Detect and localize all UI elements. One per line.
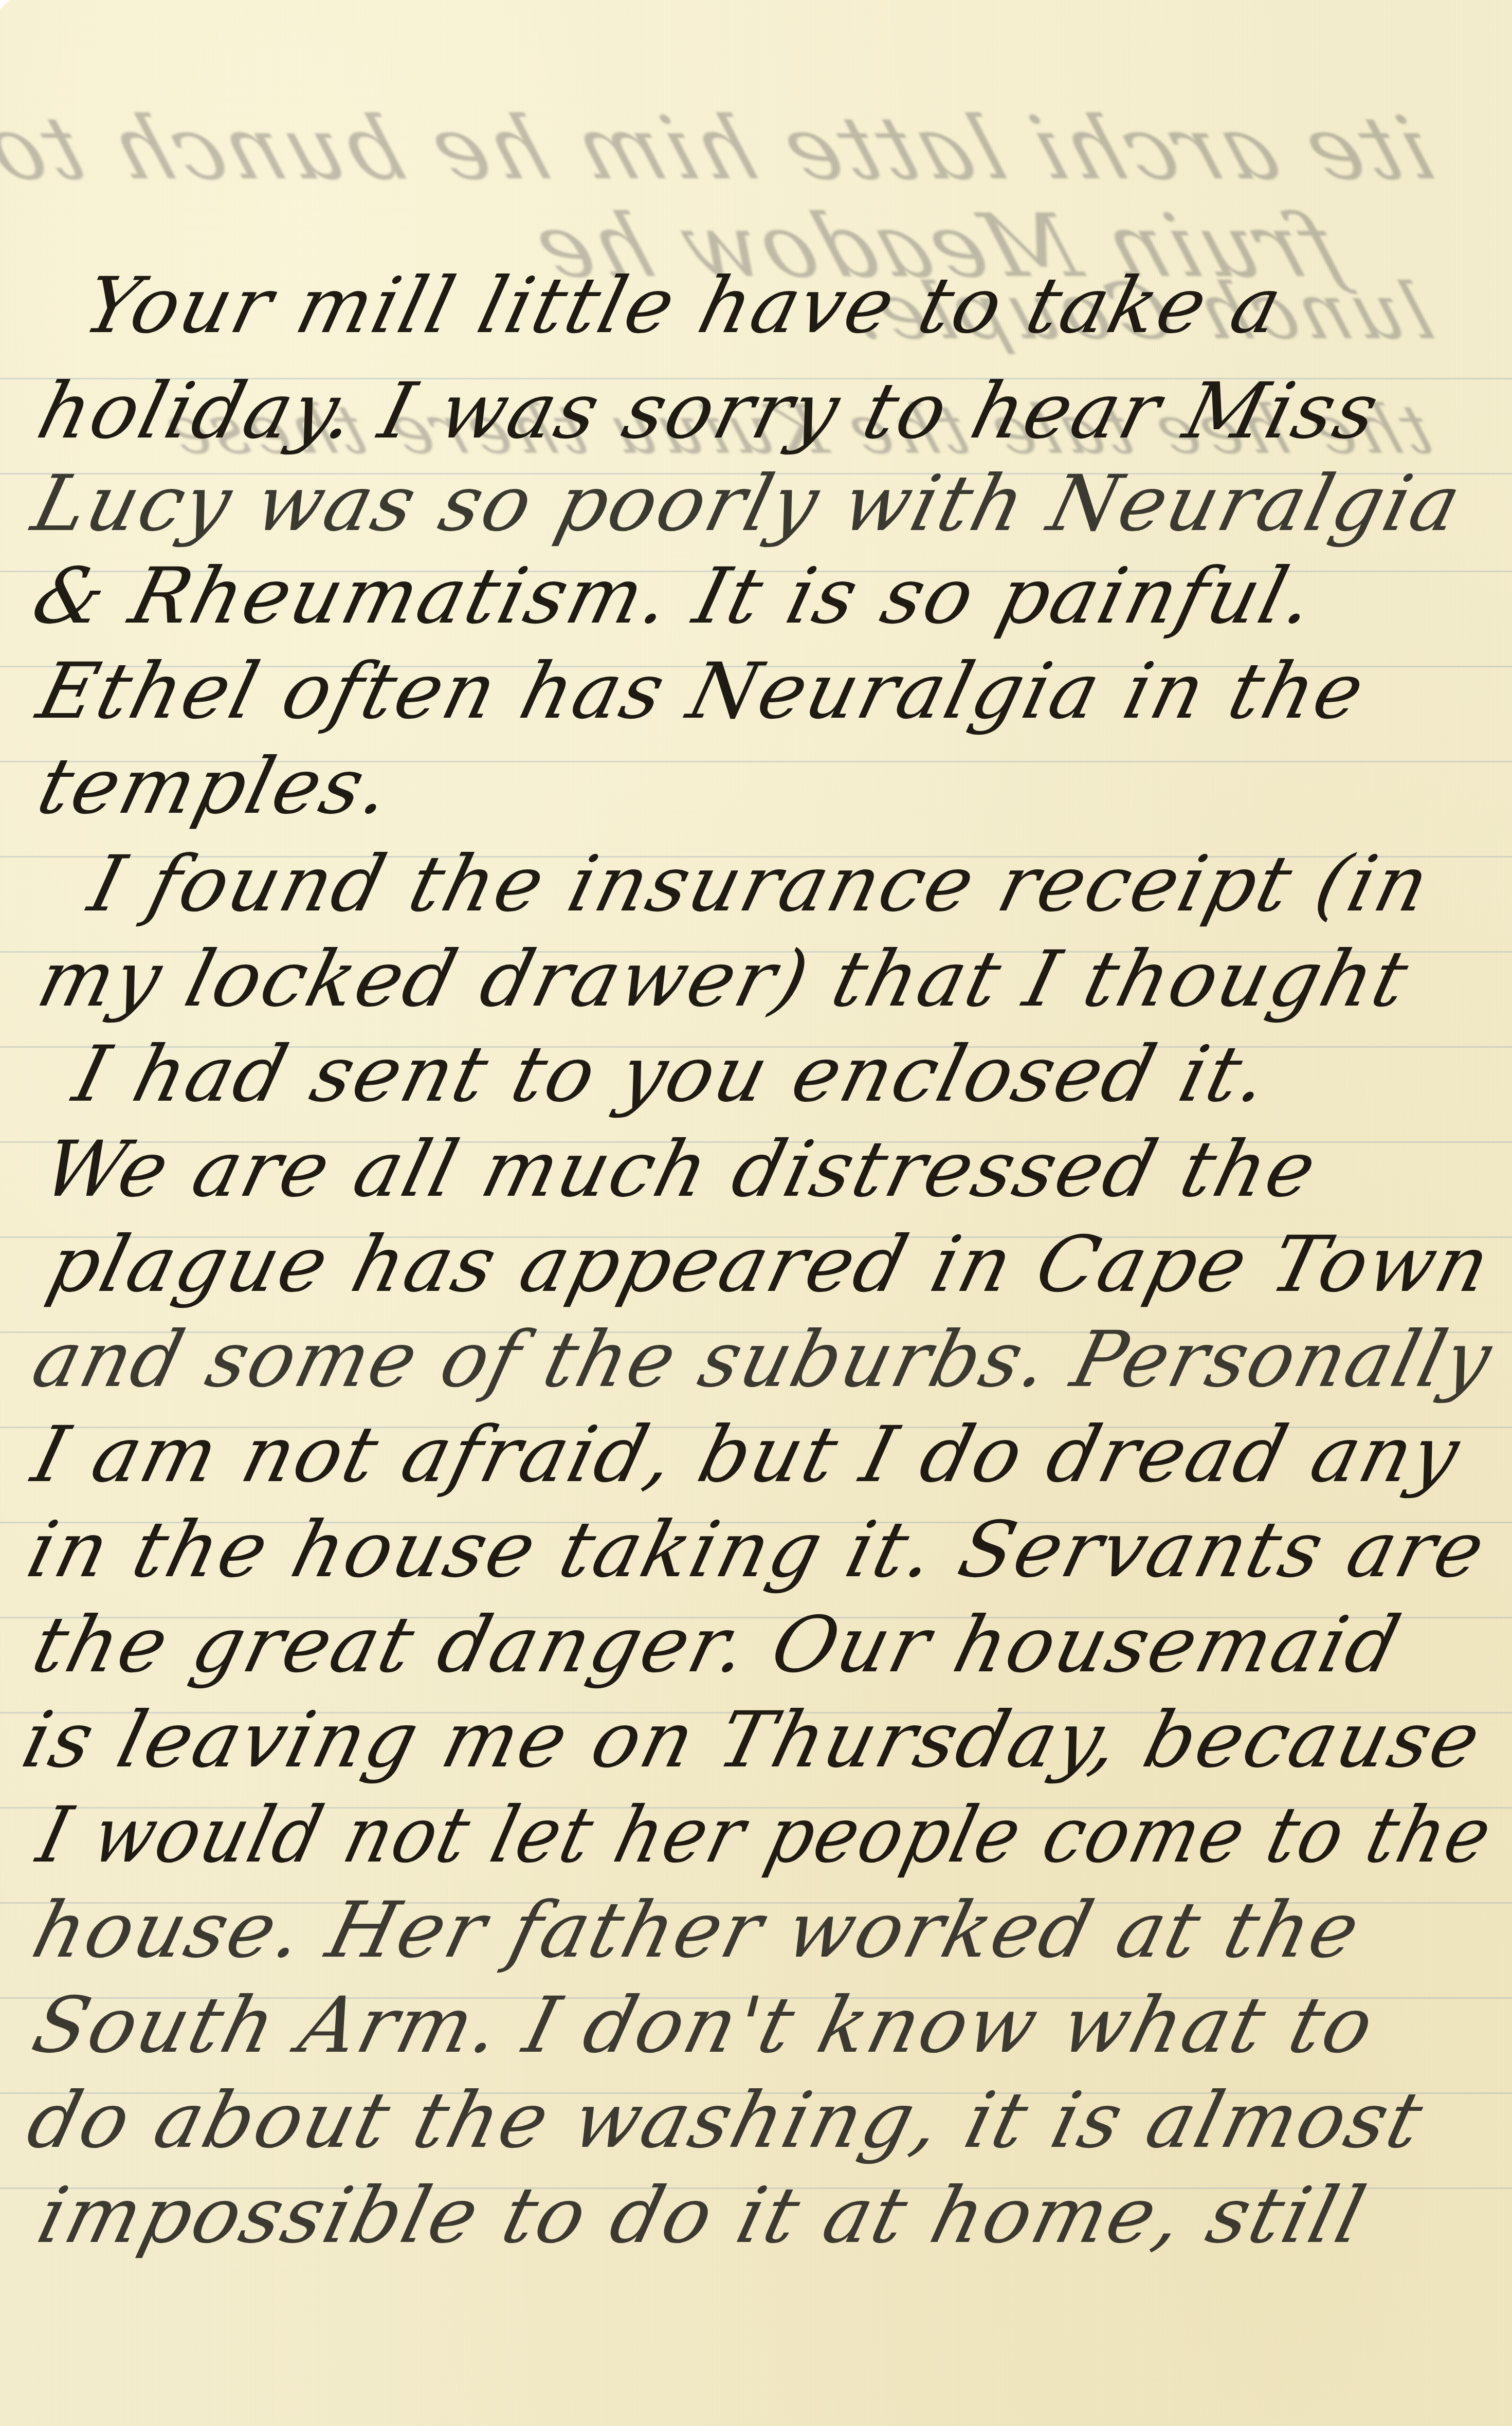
- letter-line-5: Ethel often has Neuralgia in the: [31, 653, 1373, 730]
- letter-line-13: I am not afraid, but I do dread any: [26, 1416, 1468, 1493]
- letter-line-8: my locked drawer) that I thought: [31, 941, 1417, 1018]
- letter-line-15: the great danger. Our housemaid: [26, 1607, 1409, 1684]
- letter-line-9: I had sent to you enclosed it.: [67, 1036, 1278, 1113]
- letter-line-12: and some of the suburbs. Personally: [26, 1321, 1500, 1398]
- letter-line-11: plague has appeared in Cape Town: [41, 1226, 1499, 1303]
- bleed-through-text: ite archi latte him he bunch to: [0, 98, 1446, 199]
- letter-line-7: I found the insurance receipt (in: [82, 846, 1438, 923]
- letter-line-18: house. Her father worked at the: [26, 1892, 1369, 1969]
- letter-line-20: do about the washing, it is almost: [21, 2082, 1431, 2159]
- letter-line-16: is leaving me on Thursday, because: [15, 1702, 1489, 1779]
- letter-line-2: holiday. I was sorry to hear Miss: [31, 373, 1387, 450]
- letter-line-1: Your mill little have to take a: [77, 267, 1290, 344]
- letter-line-14: in the house taking it. Servants are: [21, 1511, 1493, 1589]
- letter-line-21: impossible to do it at home, still: [31, 2177, 1374, 2254]
- letter-page: ite archi latte him he bunch to fruin Me…: [0, 0, 1512, 2426]
- letter-line-6: temples.: [31, 748, 400, 825]
- letter-line-10: We are all much distressed the: [36, 1131, 1325, 1208]
- letter-line-3: Lucy was so poorly with Neuralgia: [26, 465, 1469, 542]
- letter-line-19: South Arm. I don't know what to: [26, 1987, 1382, 2064]
- letter-line-4: & Rheumatism. It is so painful.: [26, 558, 1324, 635]
- letter-line-17: I would not let her people come to the: [31, 1797, 1500, 1874]
